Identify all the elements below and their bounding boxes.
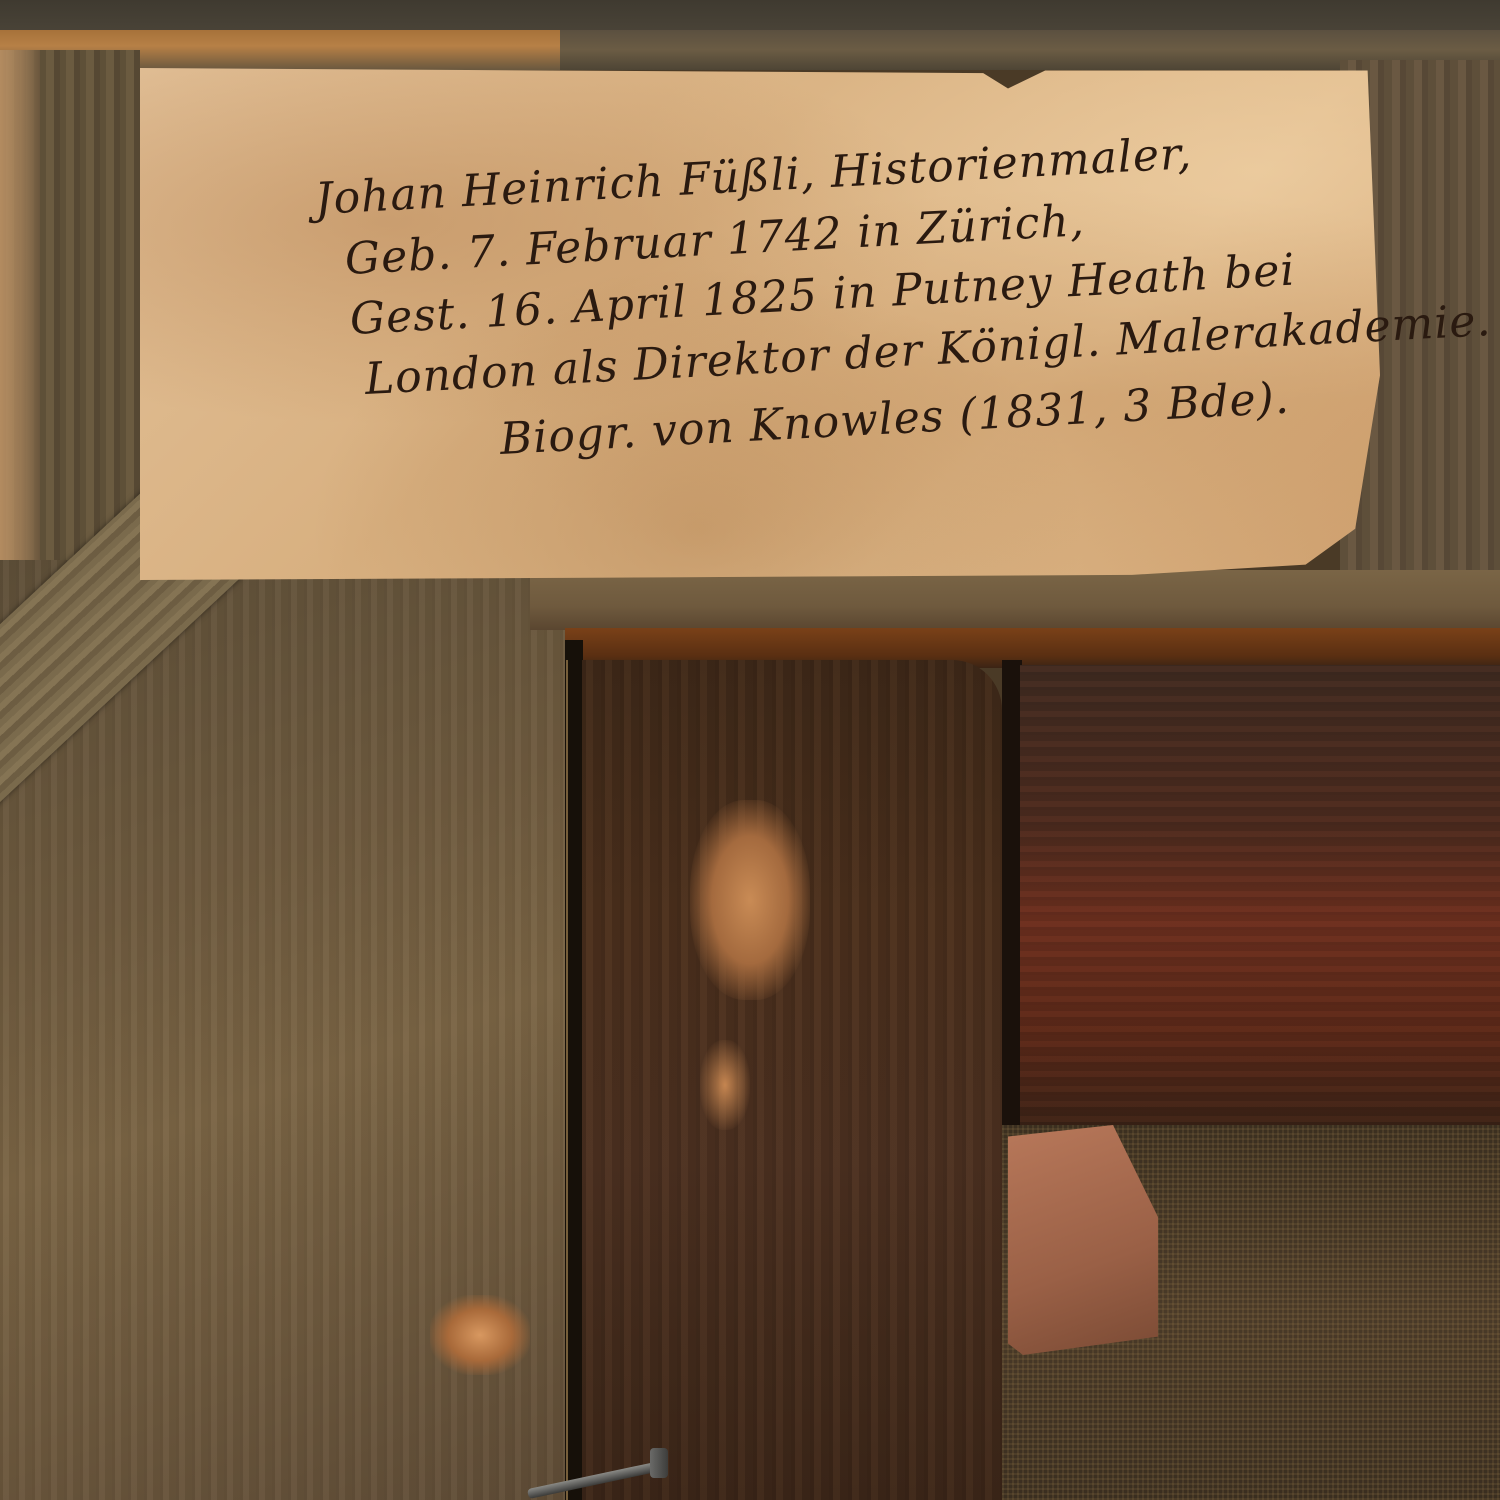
- frame-middle-rail: [530, 570, 1500, 630]
- hanging-wire: [566, 660, 576, 1500]
- wood-damage-spot: [430, 1295, 530, 1375]
- wood-wear-spot: [700, 1040, 750, 1130]
- nail-head: [650, 1448, 668, 1478]
- wood-grain: [582, 660, 1002, 1500]
- label-handwriting: Johan Heinrich Füßli, Historienmaler, Ge…: [300, 170, 1360, 470]
- wood-wear-spot: [690, 800, 810, 1000]
- wood-grain: [1020, 665, 1500, 1125]
- frame-gap: [1002, 660, 1022, 1130]
